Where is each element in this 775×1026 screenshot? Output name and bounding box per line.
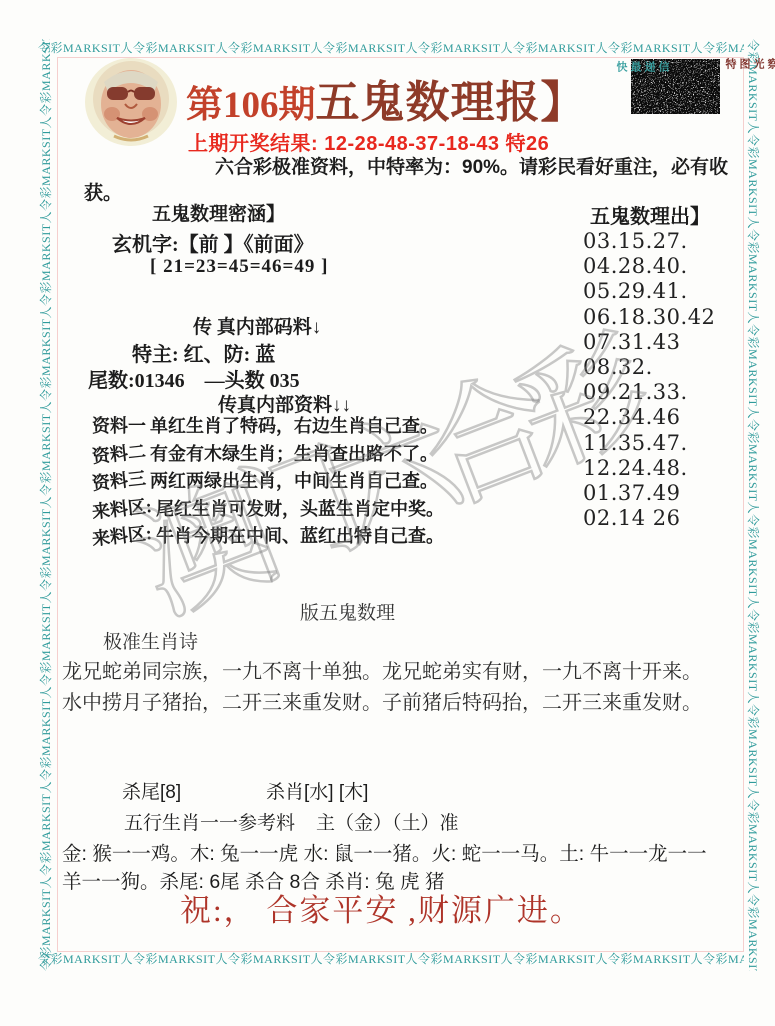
poem-line-2: 水中捞月子猪抬，二开三来重发财。子前猪后特码抬，二开三来重发财。 <box>62 686 702 715</box>
special-main-line: 特主: 红、防: 蓝 <box>132 338 275 367</box>
note-line: 来料区:尾红生肖可发财，头蓝生肖定中奖。 <box>92 496 452 524</box>
notes-list: 资料一单红生肖了特码，右边生肖自己查。 资料二有金有木绿生肖；生肖查出路不了。 … <box>92 413 452 551</box>
border-left: 令彩MARKSIT人令彩MARKSIT人令彩MARKSIT人令彩MARKSIT人… <box>38 39 54 971</box>
note-text: 两红两绿出生肖，中间生肖自己查。 <box>150 471 438 491</box>
intro-line-1: 六合彩极准资料，中特率为：90%。请彩民看好重注，必有收 <box>215 152 728 179</box>
number-group-row: 09.21.33. <box>583 380 715 405</box>
number-group-row: 22.34.46 <box>583 405 715 430</box>
elements-line-1: 金: 猴一一鸡。木: 兔一一虎 水: 鼠一一猪。火: 蛇一一马。土: 牛一一龙一… <box>62 838 707 866</box>
masthead-title: 第106期 五鬼数理报】 <box>186 66 586 130</box>
zodiac-poem-label: 极准生肖诗 <box>103 627 198 654</box>
number-group-row: 01.37.49 <box>583 481 715 506</box>
kill-zodiac-label: 杀肖[水] [木] <box>266 777 368 804</box>
paper-title: 五鬼数理报】 <box>316 66 586 130</box>
issue-number: 第106期 <box>186 74 316 128</box>
note-label: 来料区: <box>91 520 154 554</box>
note-line: 资料三两红两绿出生肖，中间生肖自己查。 <box>92 468 452 496</box>
border-bottom: 令彩MARKSIT人令彩MARKSIT人令彩MARKSIT人令彩MARKSIT人… <box>38 951 744 968</box>
number-group-row: 11.35.47. <box>583 431 715 456</box>
face-illustration-svg <box>84 56 178 148</box>
section-title: 版五鬼数理 <box>300 598 395 625</box>
border-right: 令彩MARKSIT人令彩MARKSIT人令彩MARKSIT人令彩MARKSIT人… <box>745 39 761 971</box>
note-label: 资料一 <box>92 413 146 441</box>
number-group-row: 07.31.43 <box>583 330 715 355</box>
blessing-line: 祝:， 合家平安 ,财源广进。 <box>180 885 583 930</box>
number-group-row: 04.28.40. <box>583 254 715 279</box>
note-text: 有金有木绿生肖；生肖查出路不了。 <box>150 444 438 464</box>
number-group-row: 02.14 26 <box>583 506 715 531</box>
stamp-right-caption: 察光图特 <box>723 58 775 71</box>
five-elements-label: 五行生肖一一参考料 <box>124 808 295 835</box>
number-groups-list: 03.15.27. 04.28.40. 05.29.41. 06.18.30.4… <box>583 229 715 531</box>
number-group-row: 05.29.41. <box>583 279 715 304</box>
note-text: 牛肖今期在中间、蓝红出特自己查。 <box>156 526 444 546</box>
poem-line-1: 龙兄蛇弟同宗族，一九不离十单独。龙兄蛇弟实有财，一九不离十开来。 <box>62 655 702 684</box>
main-elements-label: 主（金）（土）准 <box>316 808 459 835</box>
left-column-header: 五鬼数理密涵】 <box>152 199 285 226</box>
number-group-row: 03.15.27. <box>583 229 715 254</box>
mystic-word-line: 玄机字:【前 】《前面》 <box>112 228 314 257</box>
note-text: 尾红生肖可发财，头蓝生肖定中奖。 <box>156 499 444 519</box>
right-column-header: 五鬼数理出】 <box>590 200 710 229</box>
stamp-left-caption: 信递最快 <box>614 61 670 74</box>
kill-tail-label: 杀尾[8] <box>122 777 181 804</box>
note-line: 资料二有金有木绿生肖；生肖查出路不了。 <box>92 441 452 469</box>
note-line: 来料区:牛肖今期在中间、蓝红出特自己查。 <box>92 523 452 551</box>
number-group-row: 12.24.48. <box>583 456 715 481</box>
lottery-tipsheet-page: 令彩MARKSIT人令彩MARKSIT人令彩MARKSIT人令彩MARKSIT人… <box>0 0 775 1026</box>
note-text: 单红生肖了特码，右边生肖自己查。 <box>150 416 438 436</box>
note-line: 资料一单红生肖了特码，右边生肖自己查。 <box>92 413 452 441</box>
number-group-row: 08.32. <box>583 355 715 380</box>
number-group-row: 06.18.30.42 <box>583 305 715 330</box>
fax-codes-header: 传 真内部码料↓ <box>193 312 321 339</box>
mascot-face-image <box>84 56 178 148</box>
equal-numbers-line: [ 21=23=45=46=49 ] <box>150 256 328 278</box>
border-top: 令彩MARKSIT人令彩MARKSIT人令彩MARKSIT人令彩MARKSIT人… <box>38 40 744 57</box>
intro-line-2: 获。 <box>84 178 122 205</box>
tail-head-line: 尾数:01346 —头数 035 <box>88 364 300 393</box>
